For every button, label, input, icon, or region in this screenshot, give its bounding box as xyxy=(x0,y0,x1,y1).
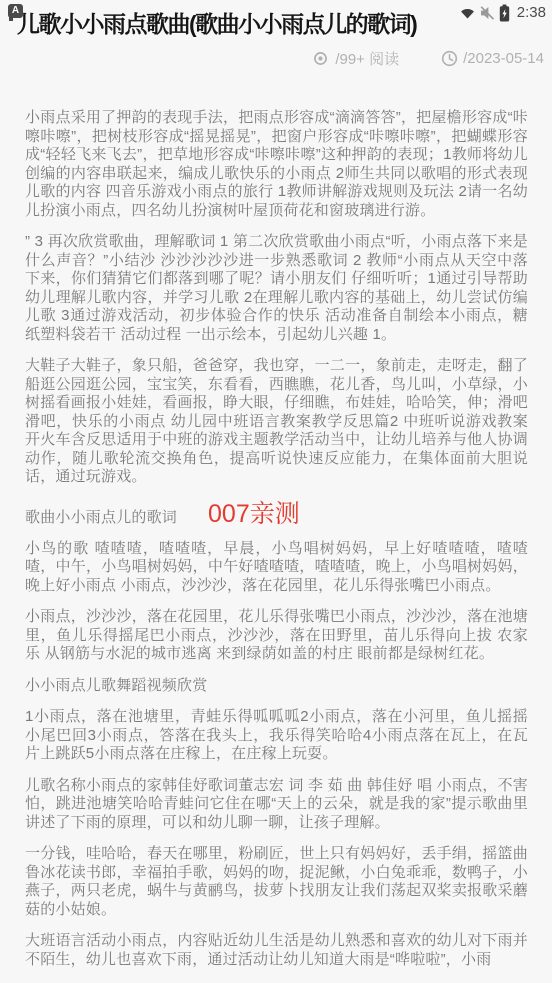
article-title: 儿歌小小雨点歌曲(歌曲小小雨点儿的歌词) xyxy=(17,9,538,39)
clock-icon xyxy=(441,50,458,67)
paragraph-4: 小鸟的歌 喳喳喳，喳喳喳，早晨，小鸟唱树妈妈，早上好喳喳喳，喳喳喳，中午，小鸟唱… xyxy=(25,540,528,596)
paragraph-5: 小雨点，沙沙沙，落在花园里，花儿乐得张嘴巴小雨点，沙沙沙，落在池塘里，鱼儿乐得摇… xyxy=(25,608,528,664)
lyrics-heading-row: 歌曲小小雨点儿的歌词 007亲测 xyxy=(25,500,528,528)
section-heading-video: 小小雨点儿歌舞蹈视频欣赏 xyxy=(25,677,528,696)
article-body: 小雨点采用了押韵的表现手法，把雨点形容成“滴滴答答”，把屋檐形容成“咔嚓咔嚓”，… xyxy=(0,109,552,969)
views-meta: /99+ 阅读 xyxy=(311,48,399,69)
eye-icon xyxy=(311,51,330,66)
paragraph-9: 大班语言活动小雨点，内容贴近幼儿生活是幼儿熟悉和喜欢的幼儿对下雨并不陌生，幼儿也… xyxy=(25,932,528,969)
paragraph-7: 儿歌名称小雨点的家韩佳妤歌词董志宏 词 李 茹 曲 韩佳妤 唱 小雨点，不害怕，… xyxy=(25,777,528,833)
app-badge-letter: A xyxy=(12,6,19,16)
app-screen: A 2:38 儿歌小小雨点歌曲(歌曲小小雨点儿的歌词) /9 xyxy=(0,0,552,983)
ad-red-note[interactable]: 007亲测 xyxy=(208,500,300,528)
paragraph-6: 1小雨点，落在池塘里，青蛙乐得呱呱呱2小雨点，落在小河里，鱼儿摇摇小尾巴回3小雨… xyxy=(25,708,528,764)
paragraph-8: 一分钱，哇哈哈，春天在哪里，粉刷匠，世上只有妈妈好，丢手绢，摇篮曲鲁冰花读书郎，… xyxy=(25,845,528,919)
publish-date: /2023-05-14 xyxy=(463,50,544,67)
floating-app-badge[interactable]: A xyxy=(8,4,23,18)
paragraph-1: 小雨点采用了押韵的表现手法，把雨点形容成“滴滴答答”，把屋檐形容成“咔嚓咔嚓”，… xyxy=(25,109,528,220)
views-count: /99+ 阅读 xyxy=(335,48,399,69)
paragraph-2: ” 3 再次欣赏歌曲，理解歌词 1 第二次欣赏歌曲小雨点“听，小雨点落下来是什么… xyxy=(25,233,528,344)
paragraph-3: 大鞋子大鞋子，象只船，爸爸穿，我也穿，一二一，象前走，走呀走，翻了船逛公园逛公园… xyxy=(25,357,528,487)
section-heading-lyrics: 歌曲小小雨点儿的歌词 xyxy=(25,506,177,527)
article-meta: /99+ 阅读 /2023-05-14 xyxy=(0,48,544,69)
date-meta: /2023-05-14 xyxy=(441,50,544,67)
